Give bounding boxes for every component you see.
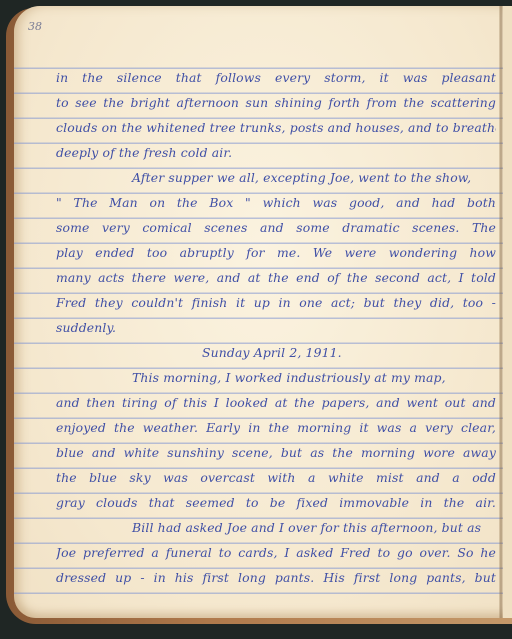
text-line: dressed up - in his first long pants. Hi… <box>56 565 496 590</box>
text-line: and then tiring of this I looked at the … <box>56 390 496 415</box>
text-line: the blue sky was overcast with a white m… <box>56 465 496 490</box>
text-line: in the silence that follows every storm,… <box>56 65 496 90</box>
text-line: blue and white sunshiny scene, but as th… <box>56 440 496 465</box>
text-line: " The Man on the Box " which was good, a… <box>56 190 496 215</box>
text-line: Fred they couldn't finish it up in one a… <box>56 290 496 315</box>
text-line: gray clouds that seemed to be fixed immo… <box>56 490 496 515</box>
text-line: many acts there were, and at the end of … <box>56 265 496 290</box>
text-line: some very comical scenes and some dramat… <box>56 215 496 240</box>
date-heading: Sunday April 2, 1911. <box>56 340 496 365</box>
text-line: This morning, I worked industriously at … <box>56 365 496 390</box>
text-line: deeply of the fresh cold air. <box>56 140 496 165</box>
text-line: play ended too abruptly for me. We were … <box>56 240 496 265</box>
text-line: Bill had asked Joe and I over for this a… <box>56 515 496 540</box>
text-line: clouds on the whitened tree trunks, post… <box>56 115 496 140</box>
adjacent-page-edge <box>503 6 512 618</box>
page-number: 38 <box>28 20 42 33</box>
diary-page: 38 in the silence that follows every sto… <box>14 6 512 618</box>
text-line: enjoyed the weather. Early in the mornin… <box>56 415 496 440</box>
text-line: suddenly. <box>56 315 496 340</box>
text-line: Joe preferred a funeral to cards, I aske… <box>56 540 496 565</box>
text-line: After supper we all, excepting Joe, went… <box>56 165 496 190</box>
handwritten-text: in the silence that follows every storm,… <box>56 65 496 590</box>
diary-scan: 38 in the silence that follows every sto… <box>0 0 512 639</box>
text-line: to see the bright afternoon sun shining … <box>56 90 496 115</box>
